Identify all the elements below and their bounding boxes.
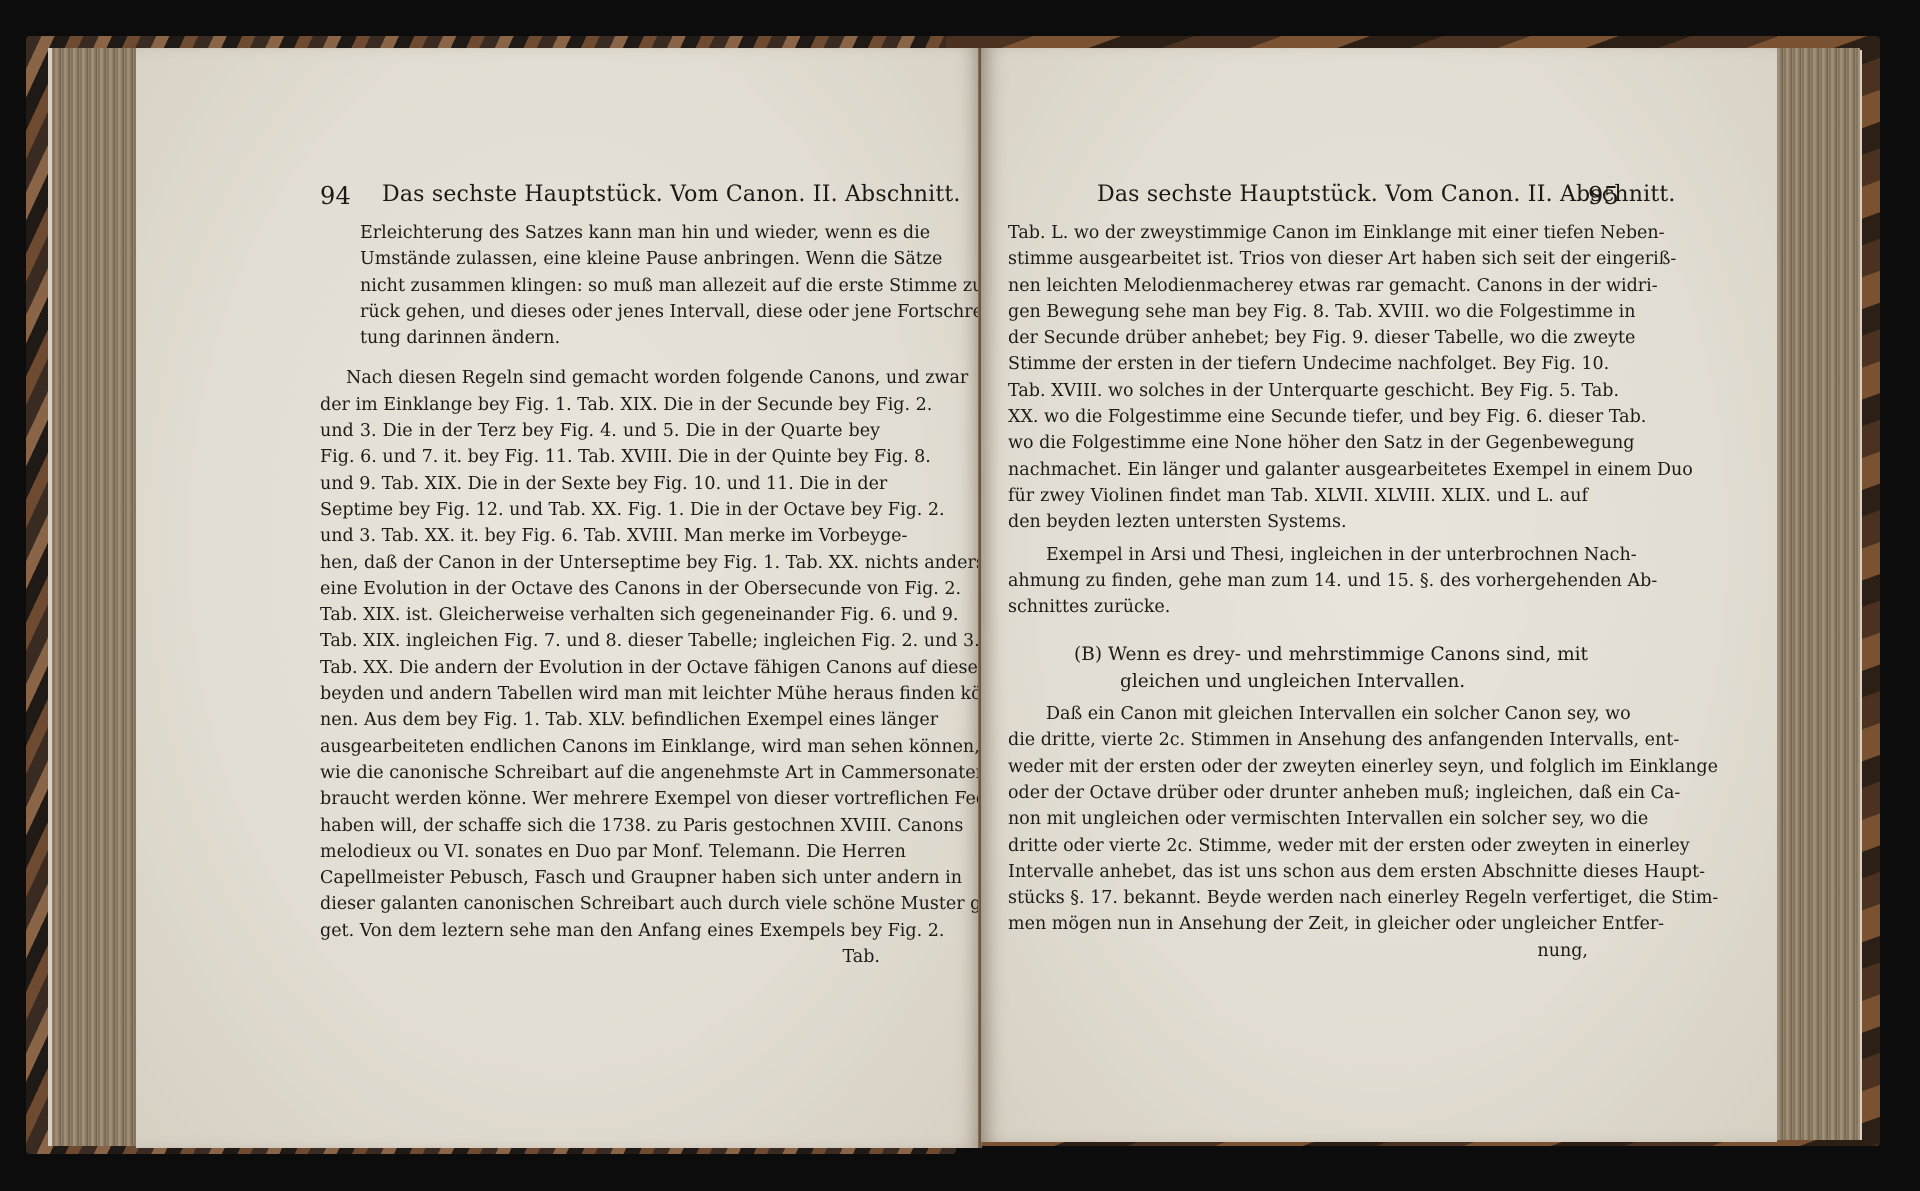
- subheading-line-2: gleichen und ungleichen Intervallen.: [1008, 669, 1588, 695]
- open-book: 94 Das sechste Hauptstück. Vom Canon. II…: [26, 36, 1880, 1156]
- catchword-right: nung,: [1008, 938, 1588, 964]
- right-page-body: Tab. L. wo der zweystimmige Canon im Ein…: [1008, 220, 1588, 964]
- catchword-left: Tab.: [320, 944, 880, 970]
- right-page: Das sechste Hauptstück. Vom Canon. II. A…: [981, 48, 1777, 1142]
- paragraph: Daß ein Canon mit gleichen Intervallen e…: [1008, 701, 1588, 964]
- paragraph: Exempel in Arsi und Thesi, ingleichen in…: [1008, 542, 1588, 621]
- page-number-right: 95: [1588, 182, 1619, 210]
- subheading-line-1: Wenn es drey- und mehrstimmige Canons si…: [1108, 644, 1588, 665]
- left-page: 94 Das sechste Hauptstück. Vom Canon. II…: [136, 48, 982, 1148]
- page-stack-right: [1774, 48, 1860, 1140]
- paragraph: Erleichterung des Satzes kann man hin un…: [320, 220, 880, 351]
- left-page-body: Erleichterung des Satzes kann man hin un…: [320, 220, 880, 970]
- subheading-label: (B): [1074, 644, 1102, 665]
- page-number-left: 94: [320, 182, 351, 210]
- paragraph: Tab. L. wo der zweystimmige Canon im Ein…: [1008, 220, 1588, 536]
- paragraph: Nach diesen Regeln sind gemacht worden f…: [320, 365, 880, 970]
- running-head-left: Das sechste Hauptstück. Vom Canon. II. A…: [382, 182, 961, 207]
- section-subheading: (B) Wenn es drey- und mehrstimmige Canon…: [1008, 642, 1588, 695]
